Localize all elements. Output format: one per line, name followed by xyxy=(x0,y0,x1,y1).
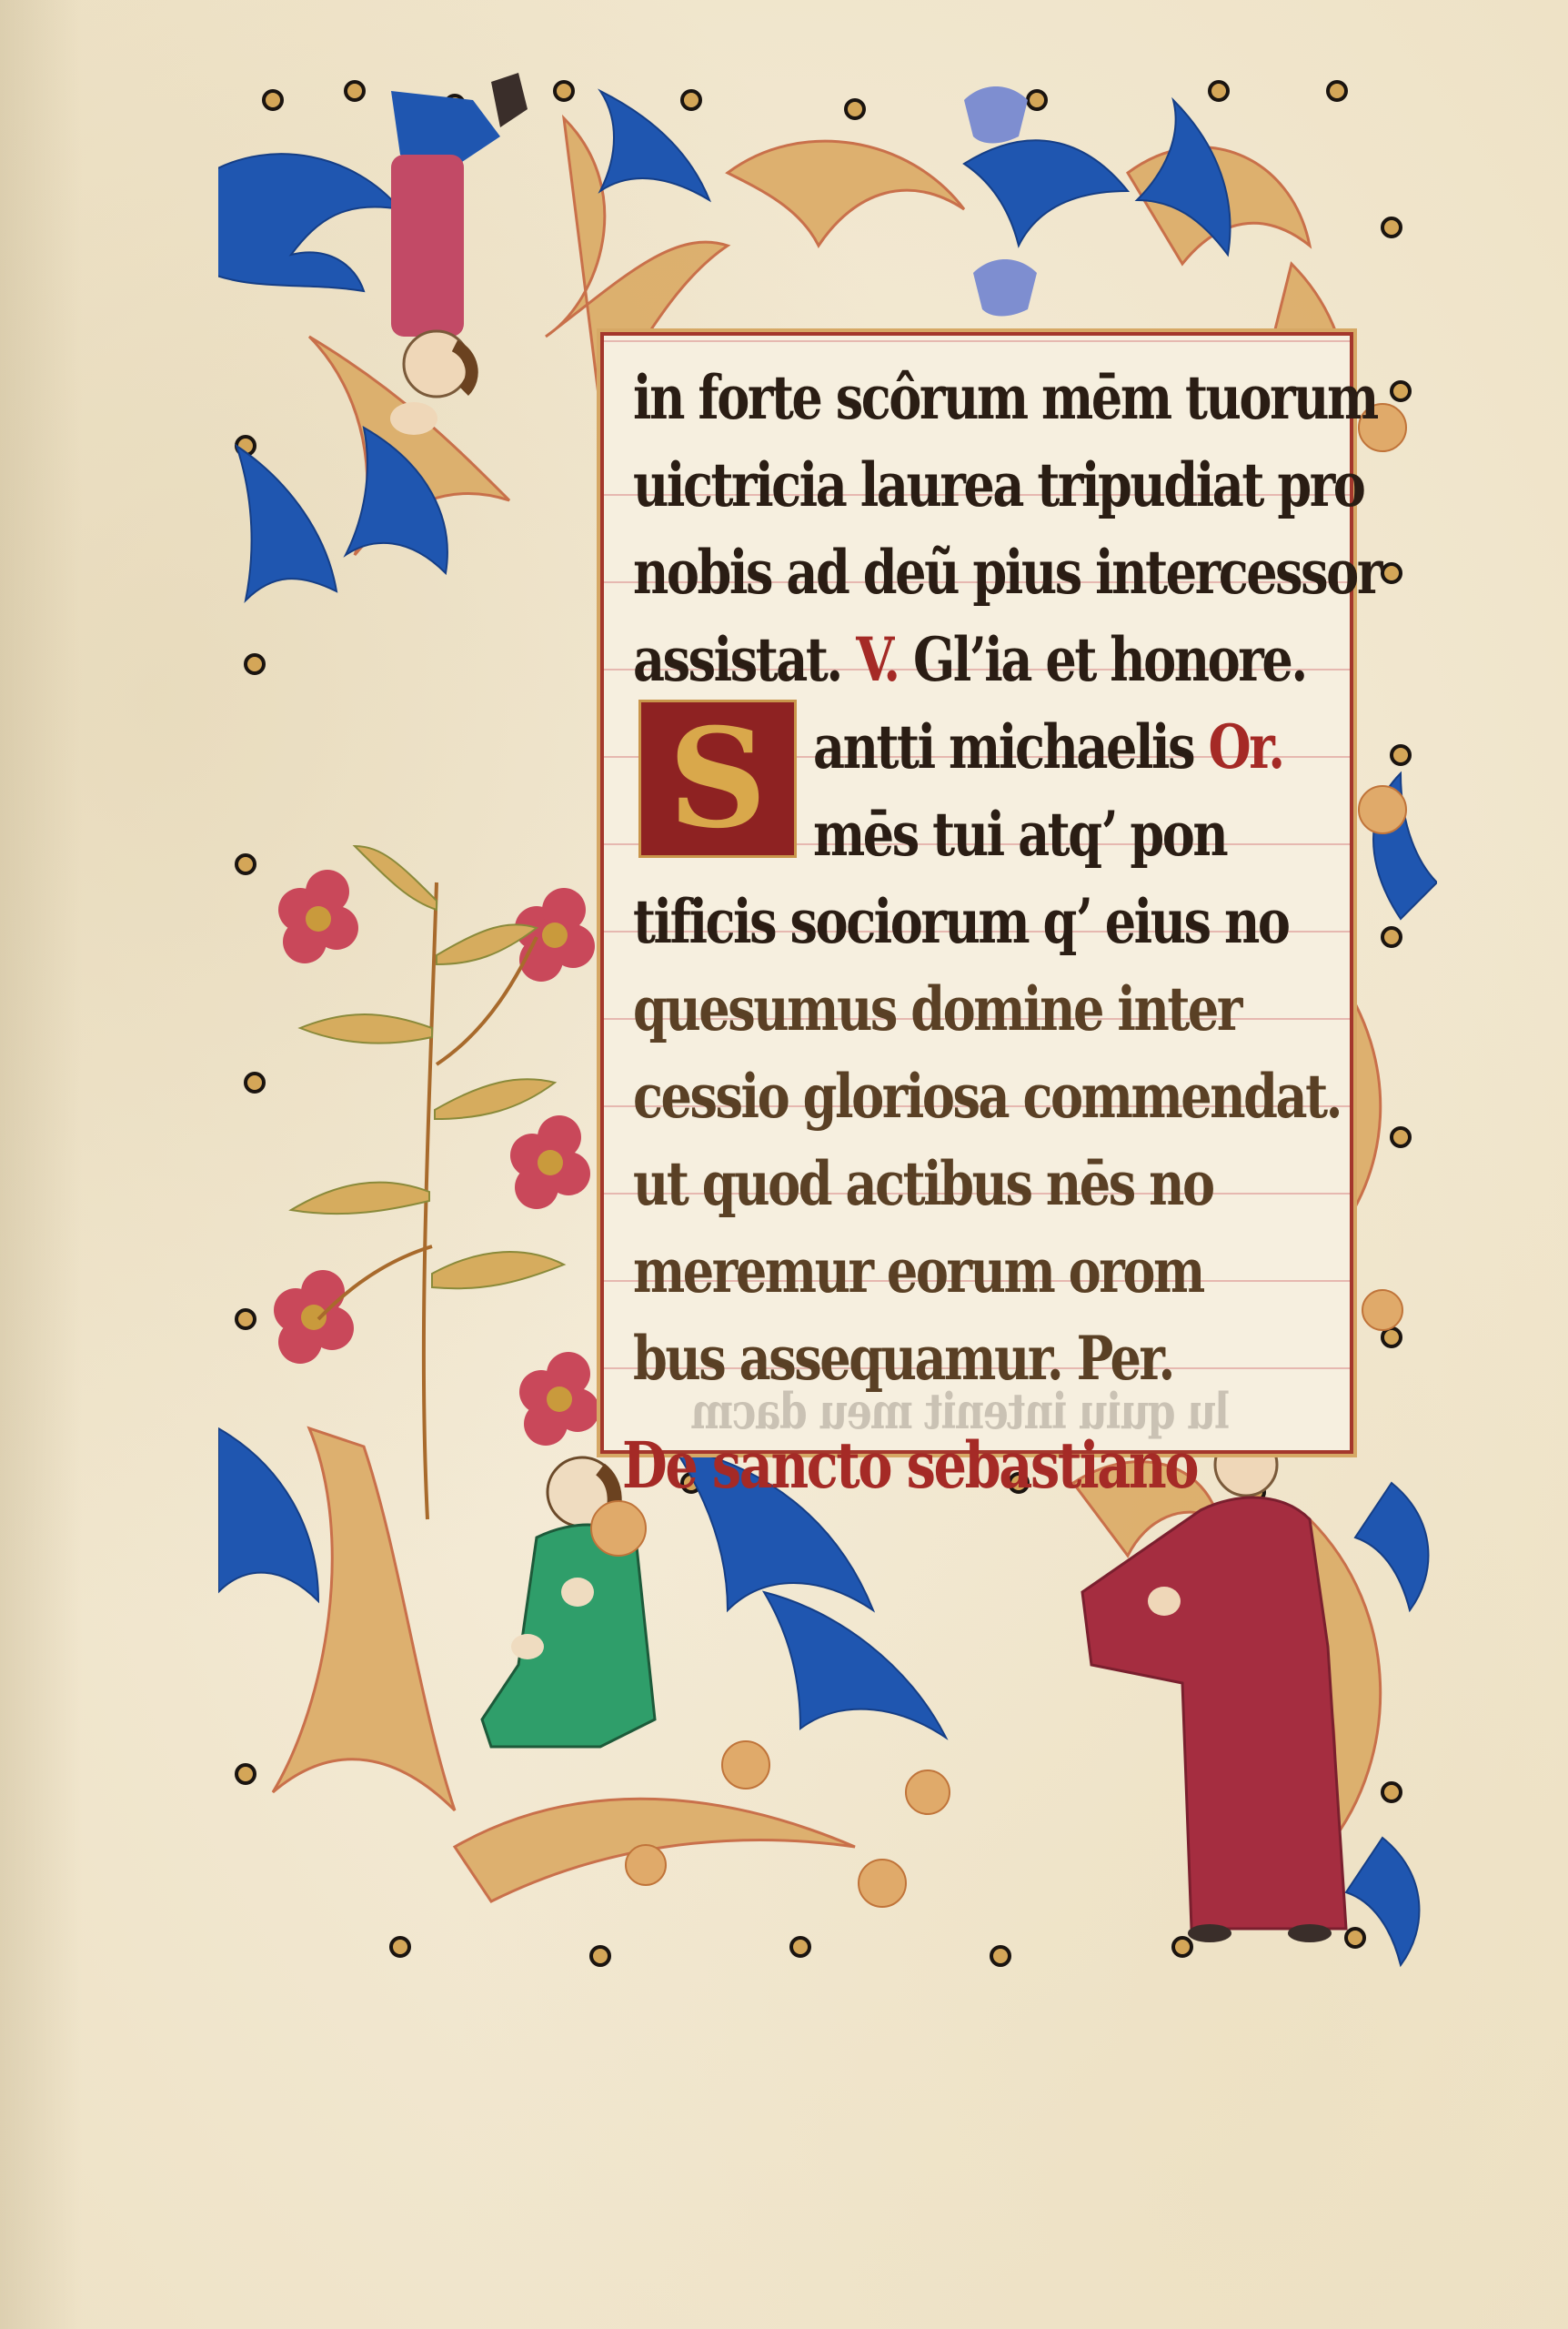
versicle-marker: V. xyxy=(856,624,898,695)
text-line-9: cessio gloriosa commendat. xyxy=(633,1053,1206,1140)
text-line-4-start: assistat. xyxy=(633,624,841,695)
gutter-shadow xyxy=(0,0,82,2329)
text-line-7: tificis sociorum qʼ eius no xyxy=(633,878,1206,965)
illuminated-initial: S xyxy=(638,700,797,858)
initial-letter: S xyxy=(668,711,767,847)
text-line-4: assistat. V. Gl’ia et honore. xyxy=(633,616,1206,703)
text-line-1: in forte scôrum mēm tuorum xyxy=(633,354,1206,441)
text-line-5-words: antti michaelis xyxy=(813,711,1193,782)
text-line-6: mēs tui atqʼ pon xyxy=(813,791,1238,878)
text-line-11: meremur eorum orom xyxy=(633,1227,1206,1315)
oratio-marker: Or. xyxy=(1209,711,1283,782)
acrobat-figure xyxy=(390,73,528,435)
text-line-5: antti michaelis Or. xyxy=(813,703,1238,791)
text-line-10: ut quod actibus nēs no xyxy=(633,1140,1206,1227)
text-line-2: uictricia laurea tripudiat pro xyxy=(633,441,1206,529)
text-block: in forte scôrum mēm tuorum uictricia lau… xyxy=(600,332,1353,1454)
rubric-heading: De sancto sebastiano xyxy=(622,1427,1197,1518)
text-line-3: nobis ad deũ pius intercessor xyxy=(633,529,1206,616)
versicle-text: Gl’ia et honore. xyxy=(913,624,1306,695)
text-line-8: quesumus domine inter xyxy=(633,965,1206,1053)
